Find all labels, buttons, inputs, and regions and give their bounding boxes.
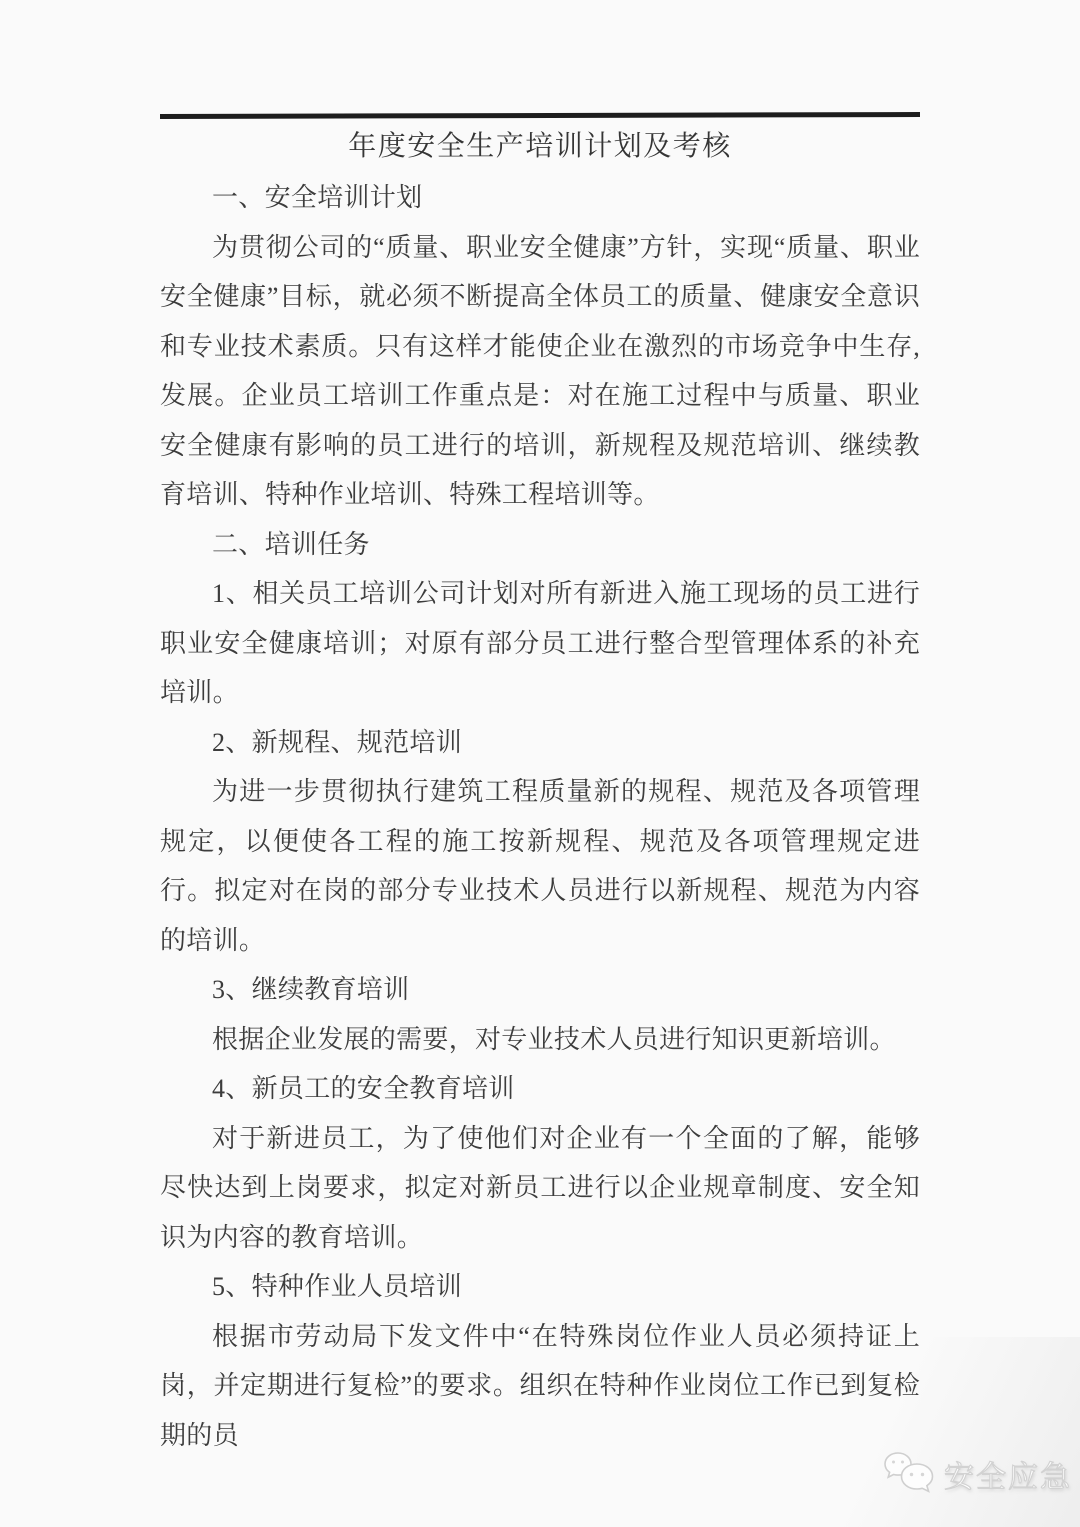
section-heading: 4、新员工的安全教育培训 bbox=[160, 1064, 920, 1114]
watermark-label: 安全应急 bbox=[944, 1452, 1072, 1496]
paragraph: 1、相关员工培训公司计划对所有新进入施工现场的员工进行职业安全健康培训；对原有部… bbox=[160, 569, 920, 718]
paragraph: 对于新进员工，为了使他们对企业有一个全面的了解，能够尽快达到上岗要求，拟定对新员… bbox=[160, 1114, 920, 1263]
section-heading: 2、新规程、规范培训 bbox=[160, 718, 920, 768]
document-title: 年度安全生产培训计划及考核 bbox=[160, 121, 920, 173]
paragraph: 为贯彻公司的“质量、职业安全健康”方针，实现“质量、职业安全健康”目标，就必须不… bbox=[160, 223, 920, 520]
paragraph: 根据市劳动局下发文件中“在特殊岗位作业人员必须持证上岗，并定期进行复检”的要求。… bbox=[160, 1312, 920, 1461]
document-page: 年度安全生产培训计划及考核 一、安全培训计划 为贯彻公司的“质量、职业安全健康”… bbox=[0, 0, 1080, 1527]
paragraph: 根据企业发展的需要，对专业技术人员进行知识更新培训。 bbox=[160, 1015, 920, 1065]
section-heading: 5、特种作业人员培训 bbox=[160, 1262, 920, 1312]
watermark: 安全应急 bbox=[882, 1450, 1072, 1498]
wechat-icon bbox=[882, 1450, 936, 1498]
paragraph: 为进一步贯彻执行建筑工程质量新的规程、规范及各项管理规定，以便使各工程的施工按新… bbox=[160, 767, 920, 965]
top-rule-divider bbox=[160, 112, 920, 119]
section-heading: 二、培训任务 bbox=[160, 520, 920, 570]
document-body: 年度安全生产培训计划及考核 一、安全培训计划 为贯彻公司的“质量、职业安全健康”… bbox=[160, 121, 920, 1460]
section-heading: 一、安全培训计划 bbox=[160, 173, 920, 223]
section-heading: 3、继续教育培训 bbox=[160, 965, 920, 1015]
